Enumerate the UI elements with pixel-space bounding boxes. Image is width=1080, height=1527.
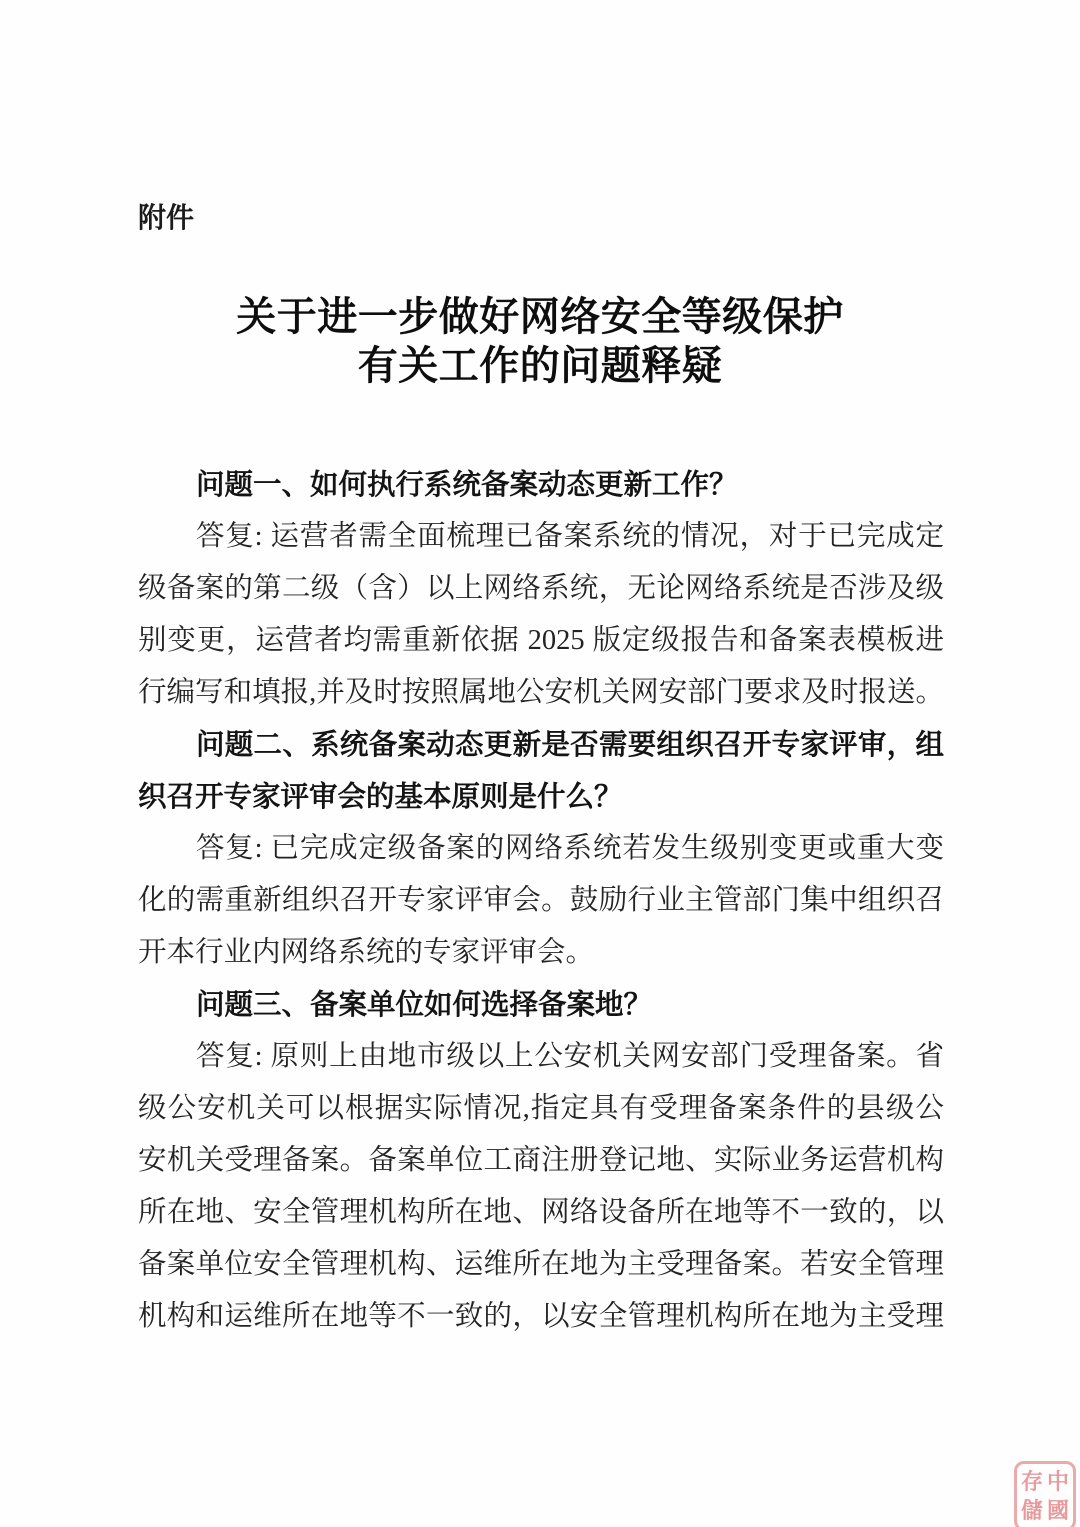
question-3-heading: 问题三、备案单位如何选择备案地？	[138, 979, 944, 1031]
question-3-answer-line: 机构和运维所在地等不一致的，以安全管理机构所在地为主受理	[138, 1291, 944, 1343]
question-1-answer-line: 级备案的第二级（含）以上网络系统，无论网络系统是否涉及级	[138, 563, 944, 615]
question-3-answer-line: 安机关受理备案。备案单位工商注册登记地、实际业务运营机构	[138, 1135, 944, 1187]
question-2-answer-line: 化的需重新组织召开专家评审会。鼓励行业主管部门集中组织召	[138, 875, 944, 927]
document-page: 附件 关于进一步做好网络安全等级保护 有关工作的问题释疑 问题一、如何执行系统备…	[0, 0, 1080, 1527]
seal-char: 存	[1019, 1467, 1045, 1496]
document-body: 问题一、如何执行系统备案动态更新工作？ 答复: 运营者需全面梳理已备案系统的情况…	[138, 459, 944, 1343]
question-2-answer-line: 答复: 已完成定级备案的网络系统若发生级别变更或重大变	[138, 823, 944, 875]
title-line-1: 关于进一步做好网络安全等级保护	[0, 292, 1080, 341]
seal-char: 中	[1045, 1467, 1071, 1496]
question-1-heading: 问题一、如何执行系统备案动态更新工作？	[138, 459, 944, 511]
question-3-answer-line: 级公安机关可以根据实际情况,指定具有受理备案条件的县级公	[138, 1083, 944, 1135]
document-title: 关于进一步做好网络安全等级保护 有关工作的问题释疑	[0, 292, 1080, 390]
question-2-answer-line: 开本行业内网络系统的专家评审会。	[138, 927, 944, 979]
question-2-heading-line: 问题二、系统备案动态更新是否需要组织召开专家评审，组	[138, 719, 944, 771]
question-3-answer-line: 答复: 原则上由地市级以上公安机关网安部门受理备案。省	[138, 1031, 944, 1083]
question-3-answer-line: 所在地、安全管理机构所在地、网络设备所在地等不一致的，以	[138, 1187, 944, 1239]
question-3-answer-line: 备案单位安全管理机构、运维所在地为主受理备案。若安全管理	[138, 1239, 944, 1291]
seal-watermark: 存 中 儲 國	[1014, 1461, 1076, 1527]
question-1-answer-line: 行编写和填报,并及时按照属地公安机关网安部门要求及时报送。	[138, 667, 944, 719]
question-2-heading-line: 织召开专家评审会的基本原则是什么？	[138, 771, 944, 823]
seal-char: 儲	[1019, 1496, 1045, 1525]
question-1-answer-line: 答复: 运营者需全面梳理已备案系统的情况，对于已完成定	[138, 511, 944, 563]
seal-char: 國	[1045, 1496, 1071, 1525]
attachment-label: 附件	[138, 196, 194, 236]
title-line-2: 有关工作的问题释疑	[0, 341, 1080, 390]
question-1-answer-line: 别变更，运营者均需重新依据 2025 版定级报告和备案表模板进	[138, 615, 944, 667]
